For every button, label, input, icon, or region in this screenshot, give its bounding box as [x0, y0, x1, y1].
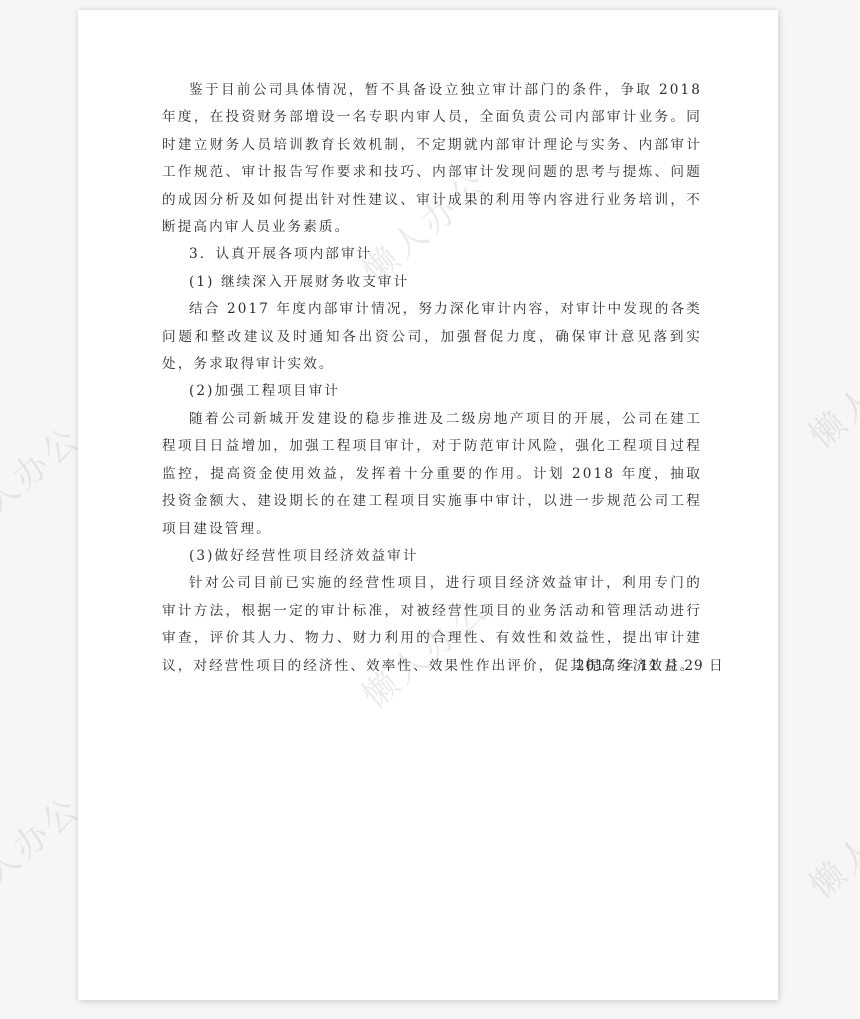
paragraph-engineering-audit: 随着公司新城开发建设的稳步推进及二级房地产项目的开展，公司在建工程项目日益增加，… [162, 406, 702, 543]
subheading-2: (2)加强工程项目审计 [162, 378, 702, 405]
watermark: 懒人办公 [797, 772, 860, 907]
paragraph-staffing: 鉴于目前公司具体情况，暂不具备设立独立审计部门的条件，争取 2018 年度，在投… [162, 77, 702, 241]
watermark: 懒人办公 [797, 322, 860, 457]
subheading-3: (3)做好经营性项目经济效益审计 [162, 543, 702, 570]
subheading-1: (1) 继续深入开展财务收支审计 [162, 269, 702, 296]
watermark: 懒人办公 [0, 782, 90, 917]
document-page: 鉴于目前公司具体情况，暂不具备设立独立审计部门的条件，争取 2018 年度，在投… [78, 10, 778, 1000]
section-heading-3: 3．认真开展各项内部审计 [162, 241, 702, 268]
document-date: 2017 年 11 月 29 日 [576, 654, 724, 674]
watermark: 懒人办公 [0, 412, 90, 547]
paragraph-financial-audit: 结合 2017 年度内部审计情况，努力深化审计内容，对审计中发现的各类问题和整改… [162, 296, 702, 378]
document-body: 鉴于目前公司具体情况，暂不具备设立独立审计部门的条件，争取 2018 年度，在投… [162, 77, 702, 680]
